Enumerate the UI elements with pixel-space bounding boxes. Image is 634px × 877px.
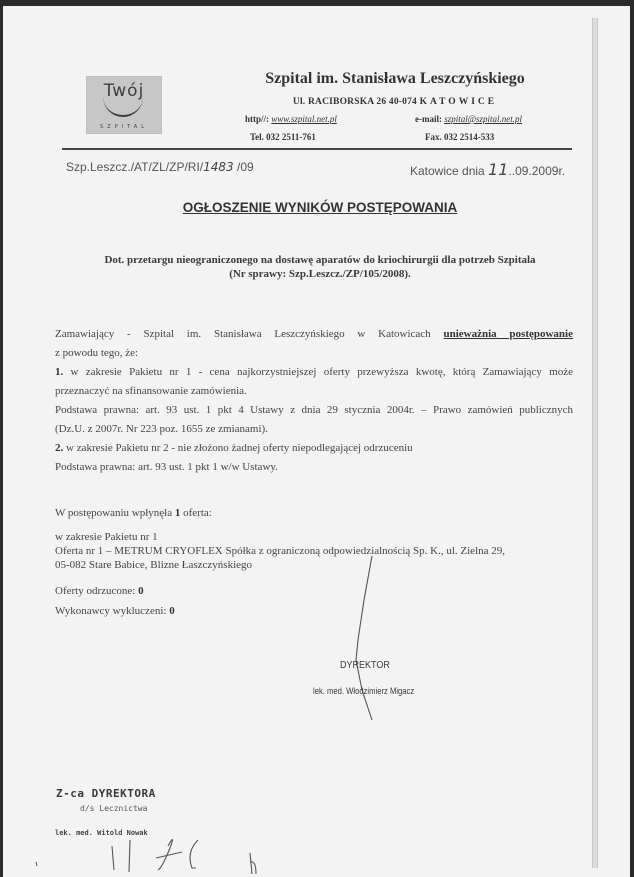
handwritten-signature-strokes <box>0 0 634 877</box>
deputy-subtitle-stamp: d/s Lecznictwa <box>80 804 147 813</box>
director-title: DYREKTOR <box>340 660 390 671</box>
deputy-name-stamp: lek. med. Witold Nowak <box>55 829 148 837</box>
deputy-title-stamp: Z-ca DYREKTORA <box>56 787 156 800</box>
director-name: lek. med. Włodzimierz Migacz <box>313 686 414 696</box>
